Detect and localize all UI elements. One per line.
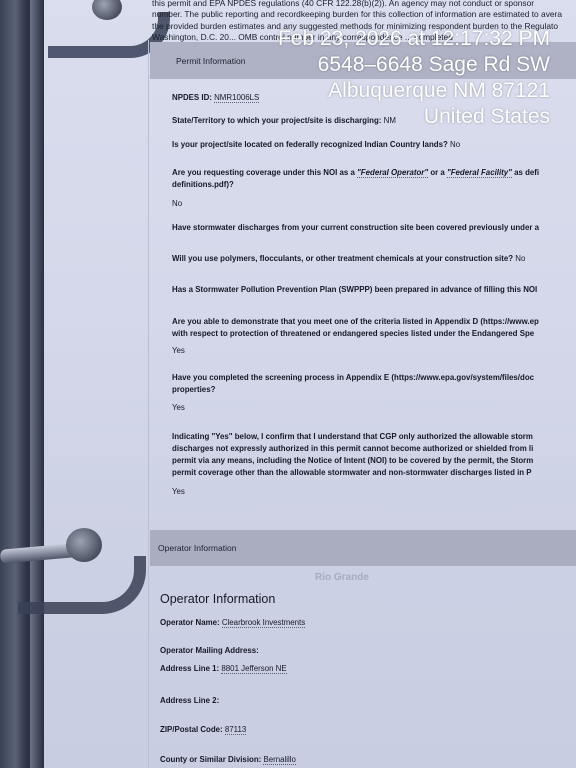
statement-line: permit via any means, including the Noti…: [172, 455, 533, 467]
question-text: Is your project/site located on federall…: [172, 140, 448, 149]
state-value: NM: [384, 116, 396, 125]
photo-timestamp: Feb 23, 2026 at 12:17:32 PM: [278, 26, 550, 52]
question-text: properties?: [172, 384, 534, 396]
appendix-e-question: Have you completed the screening process…: [172, 372, 534, 396]
field-label: Operator Name:: [160, 618, 220, 627]
answer-value: Yes: [172, 346, 185, 355]
field-label: County or Similar Division:: [160, 755, 261, 764]
federal-operator-link[interactable]: "Federal Operator": [357, 168, 428, 178]
county-row: County or Similar Division: Bernalillo: [160, 755, 296, 764]
operator-title: Operator Information: [160, 592, 275, 606]
swppp-question: Has a Stormwater Pollution Prevention Pl…: [172, 284, 537, 296]
question-text: Will you use polymers, flocculants, or o…: [172, 254, 513, 263]
photo-location-country: United States: [424, 104, 550, 130]
question-text: Are you requesting coverage under this N…: [172, 168, 357, 177]
federal-facility-link[interactable]: "Federal Facility": [447, 168, 512, 178]
section-title: Permit Information: [176, 56, 245, 66]
binder-ring-icon: [66, 528, 102, 562]
appendix-d-question: Are you able to demonstrate that you mee…: [172, 316, 539, 340]
statement-line: Indicating "Yes" below, I confirm that I…: [172, 431, 533, 443]
indian-country-row: Is your project/site located on federall…: [172, 139, 460, 151]
npdes-id-row: NPDES ID: NMR1006LS: [172, 92, 259, 104]
page-border: [148, 40, 149, 768]
zip-value: 87113: [225, 725, 246, 735]
county-value: Bernalillo: [263, 755, 295, 765]
previous-coverage-question: Have stormwater discharges from your cur…: [172, 222, 539, 234]
bleed-through-text: Rio Grande: [315, 572, 369, 583]
question-text: as defi: [512, 168, 539, 177]
field-label: ZIP/Postal Code:: [160, 725, 223, 734]
intro-line: this permit and EPA NPDES regulations (4…: [152, 0, 576, 9]
question-text: or a: [428, 168, 447, 177]
question-text: Are you able to demonstrate that you mee…: [172, 316, 539, 328]
photo-location-street: 6548–6648 Sage Rd SW: [318, 52, 550, 78]
question-text: definitions.pdf)?: [172, 180, 234, 189]
operator-name-row: Operator Name: Clearbrook Investments: [160, 618, 305, 627]
state-row: State/Territory to which your project/si…: [172, 115, 396, 127]
field-label: Address Line 2:: [160, 696, 219, 705]
binder-edge: [30, 0, 44, 768]
photo-location-city: Albuquerque NM 87121: [328, 78, 550, 104]
intro-line: number. The public reporting and recordk…: [152, 9, 576, 20]
federal-operator-question: Are you requesting coverage under this N…: [172, 167, 539, 191]
address-line1-row: Address Line 1: 8801 Jefferson NE: [160, 664, 287, 673]
zip-row: ZIP/Postal Code: 87113: [160, 725, 246, 734]
field-label: State/Territory to which your project/si…: [172, 116, 381, 125]
address-line1-value: 8801 Jefferson NE: [221, 664, 286, 674]
statement-line: permit coverage other than the allowable…: [172, 467, 533, 479]
question-text: with respect to protection of threatened…: [172, 328, 539, 340]
statement-line: discharges not expressly authorized in t…: [172, 443, 533, 455]
answer-value: Yes: [172, 403, 185, 412]
operator-name-value: Clearbrook Investments: [222, 618, 305, 628]
confirmation-statement: Indicating "Yes" below, I confirm that I…: [172, 431, 533, 479]
question-text: Have you completed the screening process…: [172, 372, 534, 384]
answer-value: No: [172, 199, 182, 208]
operator-section-header: Operator Information: [150, 530, 576, 566]
answer-value: No: [450, 140, 460, 149]
answer-value: Yes: [172, 487, 185, 496]
polymer-row: Will you use polymers, flocculants, or o…: [172, 253, 525, 265]
ring-shadow: [18, 556, 146, 614]
field-label: NPDES ID:: [172, 93, 212, 102]
field-label: Address Line 1:: [160, 664, 219, 673]
mailing-address-label: Operator Mailing Address:: [160, 646, 259, 655]
answer-value: No: [515, 254, 525, 263]
npdes-id-value: NMR1006LS: [214, 93, 259, 103]
address-line2-row: Address Line 2:: [160, 696, 219, 705]
section-title: Operator Information: [158, 543, 236, 553]
